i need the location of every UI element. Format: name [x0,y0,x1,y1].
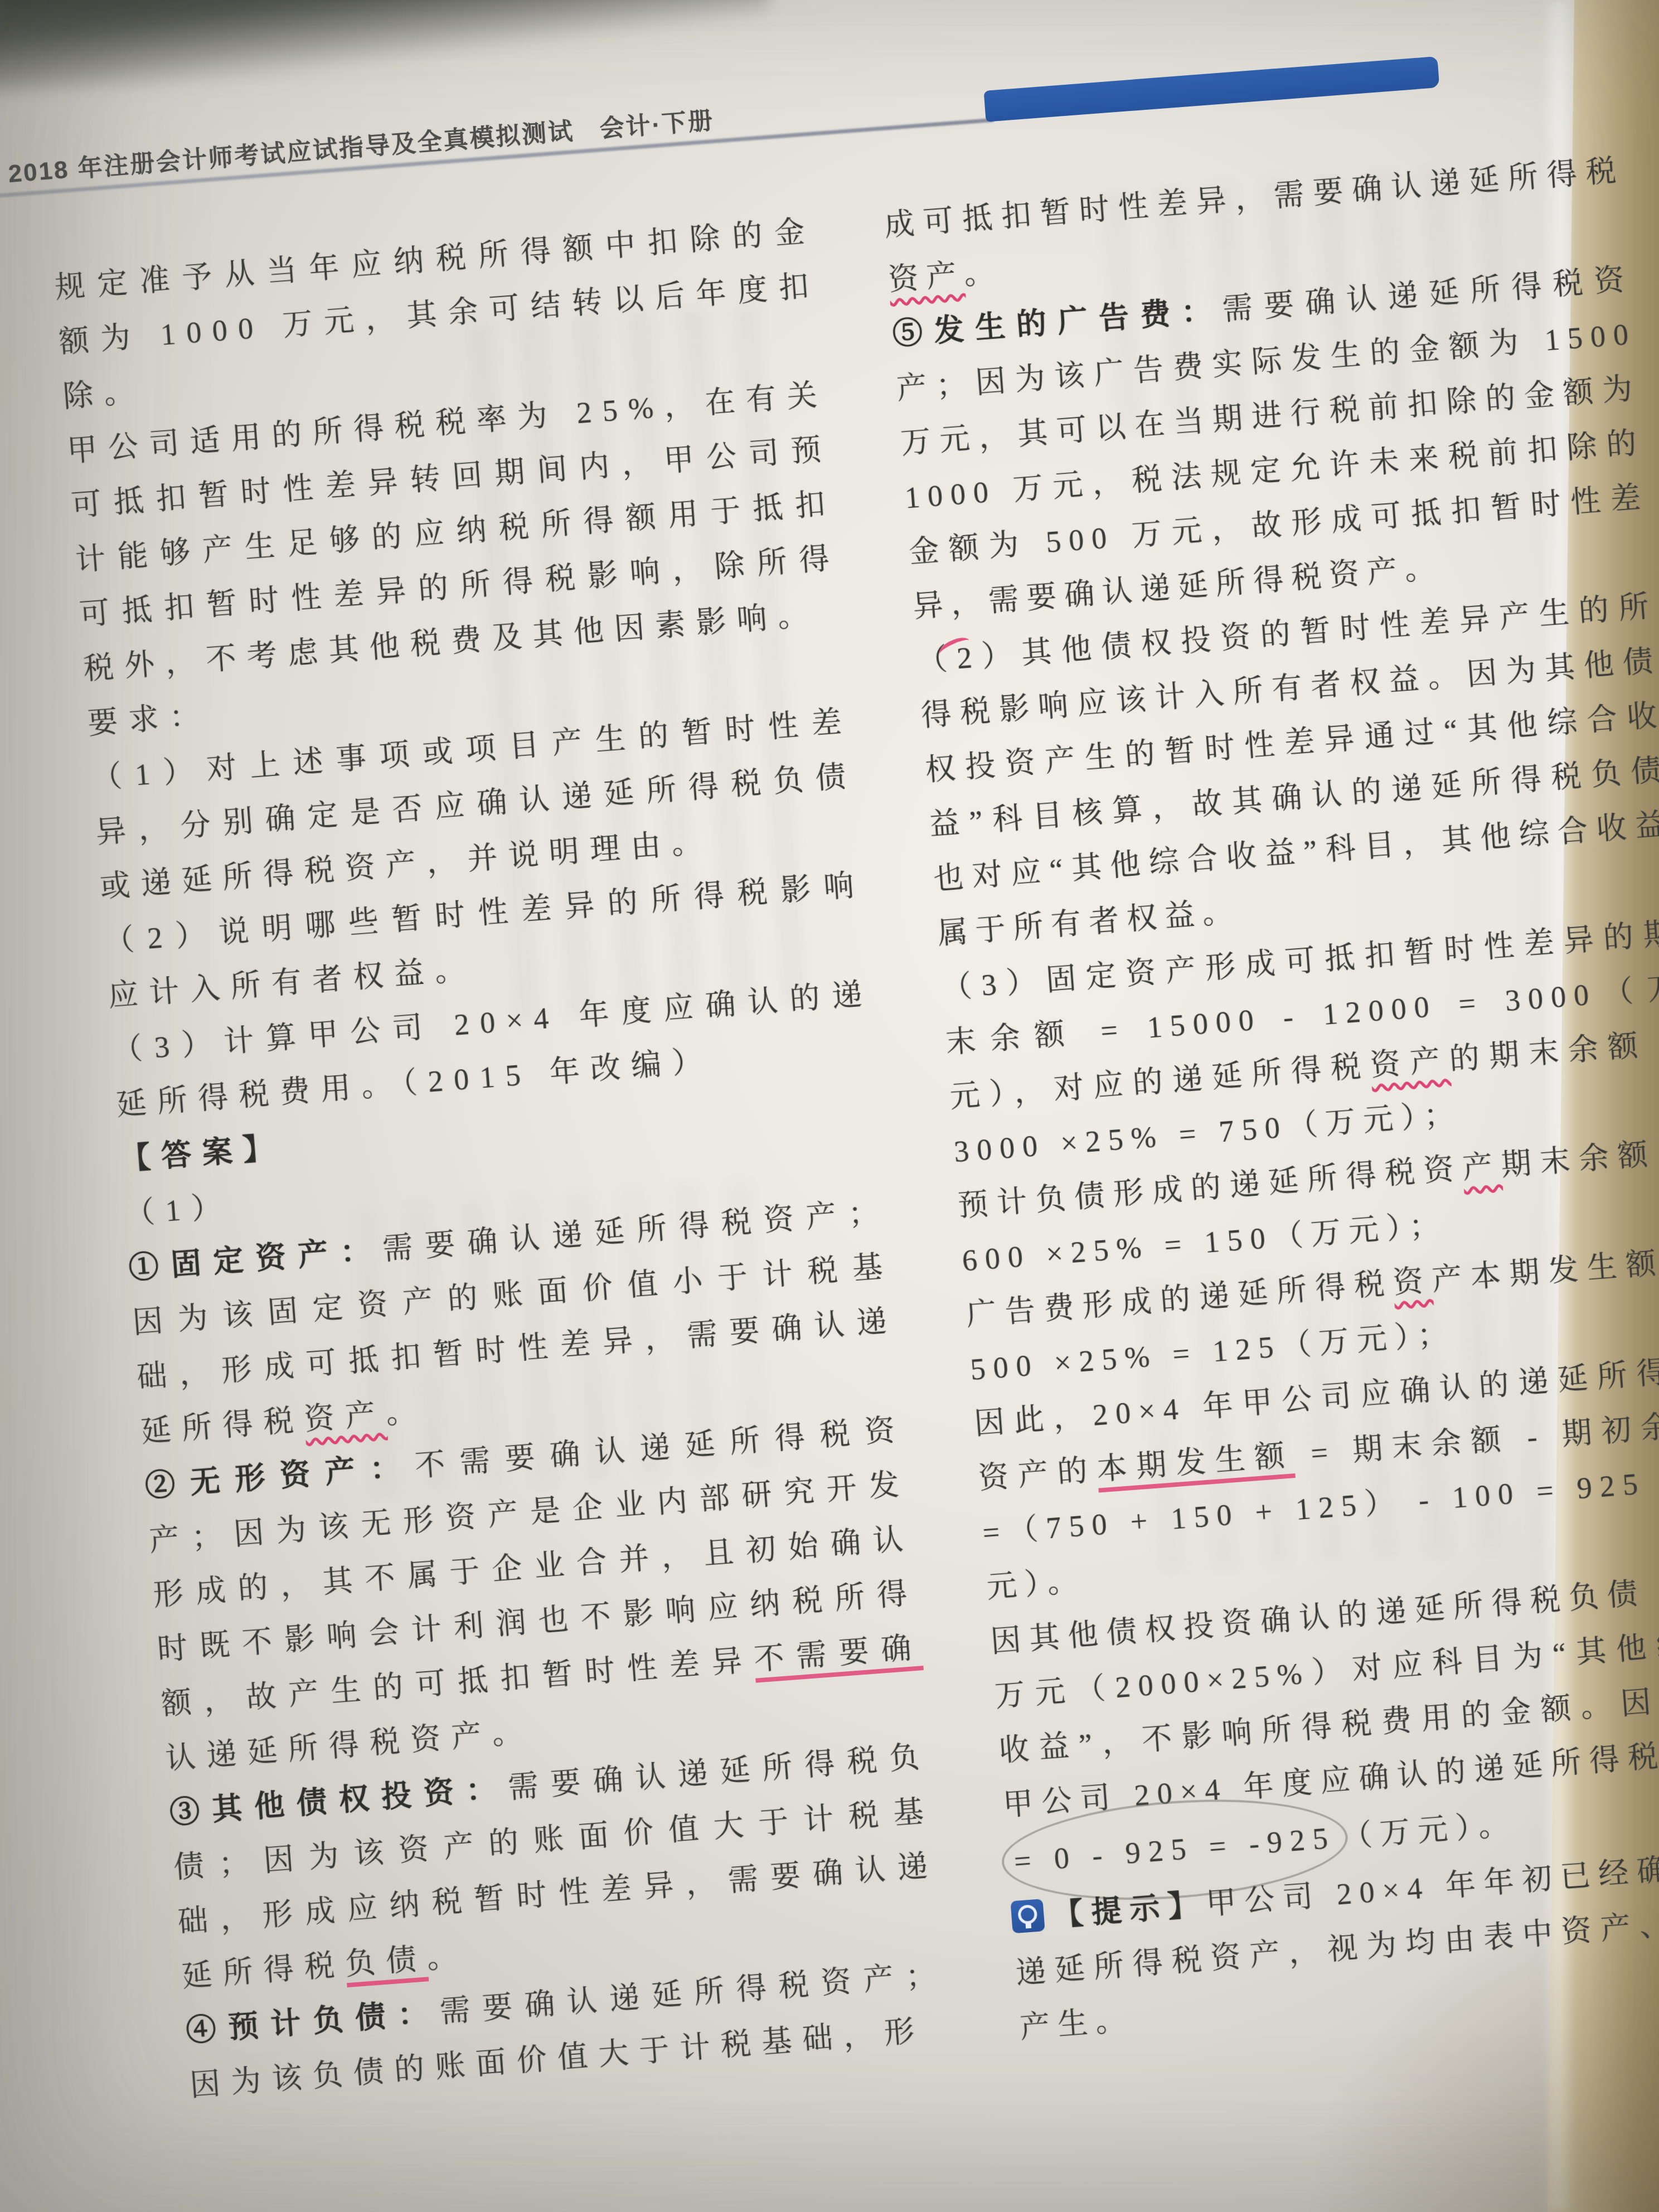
text-run: （万元）。 [1341,1807,1517,1854]
annotated-text: 负债 [344,1942,429,1987]
annotated-text: 资 [1392,1264,1433,1300]
page-header-volume: 会计·下册 [599,107,715,143]
paragraph: 因其他债权投资确认的递延所得税负债 500 万元（2000×25%）对应科目为“… [989,1559,1659,1891]
annotated-text: 资产 [1369,1043,1451,1083]
left-column: 规定准予从当年应纳税所得额中扣除的金额为 1000 万元，其余可结转以后年度扣除… [53,203,953,2113]
text-run: 甲公司适用的所得税税率为 25%，在有关可抵扣暂时性差异转回期间内，甲公司预计能… [66,378,841,686]
text-run: （1） [123,1190,233,1231]
text-run: 。 [426,1939,469,1975]
annotated-text: （2） [916,637,1023,678]
text-run: 。 [385,1394,428,1430]
paragraph: 甲公司适用的所得税税率为 25%，在有关可抵扣暂时性差异转回期间内，甲公司预计能… [65,367,846,697]
text-run: 其他债权投资的暂时性差异产生的所得税影响应该计入所有者权益。因为其他债权投资产生… [920,589,1659,950]
paragraph: （2）其他债权投资的暂时性差异产生的所得税影响应该计入所有者权益。因为其他债权投… [915,579,1659,961]
annotated-text: 产 [1461,1149,1502,1185]
text-run: 因其他债权投资确认的递延所得税负债 500 万元（2000×25%）对应科目为“… [989,1570,1659,1822]
annotated-text: 【答案】 [119,1131,285,1177]
annotated-text: 不需要确 [753,1631,924,1682]
annotated-text: 资产 [303,1397,387,1437]
annotated-text: ①固定资产： [128,1233,384,1286]
annotated-text: 【提示】 [1051,1888,1207,1933]
text-run: 要求： [86,698,211,740]
annotated-text: 资产 [887,258,966,297]
annotated-text: 本期发生额 [1095,1438,1296,1492]
paragraph: ②无形资产：不需要确认递延所得税资产；因为该无形资产是企业内部研究开发形成的，其… [143,1402,928,1786]
annotated-text: ④预计负债： [185,1996,442,2048]
text-run: 。 [963,255,1003,291]
hint-icon [1010,1899,1045,1933]
paragraph: ⑤发生的广告费：需要确认递延所得税资产；因为该广告费实际发生的金额为 1500 … [890,252,1654,634]
book-page-photo: { "header": { "title": "2018 年注册会计师考试应试指… [0,0,1659,2212]
annotated-text: ②无形资产： [144,1449,416,1503]
